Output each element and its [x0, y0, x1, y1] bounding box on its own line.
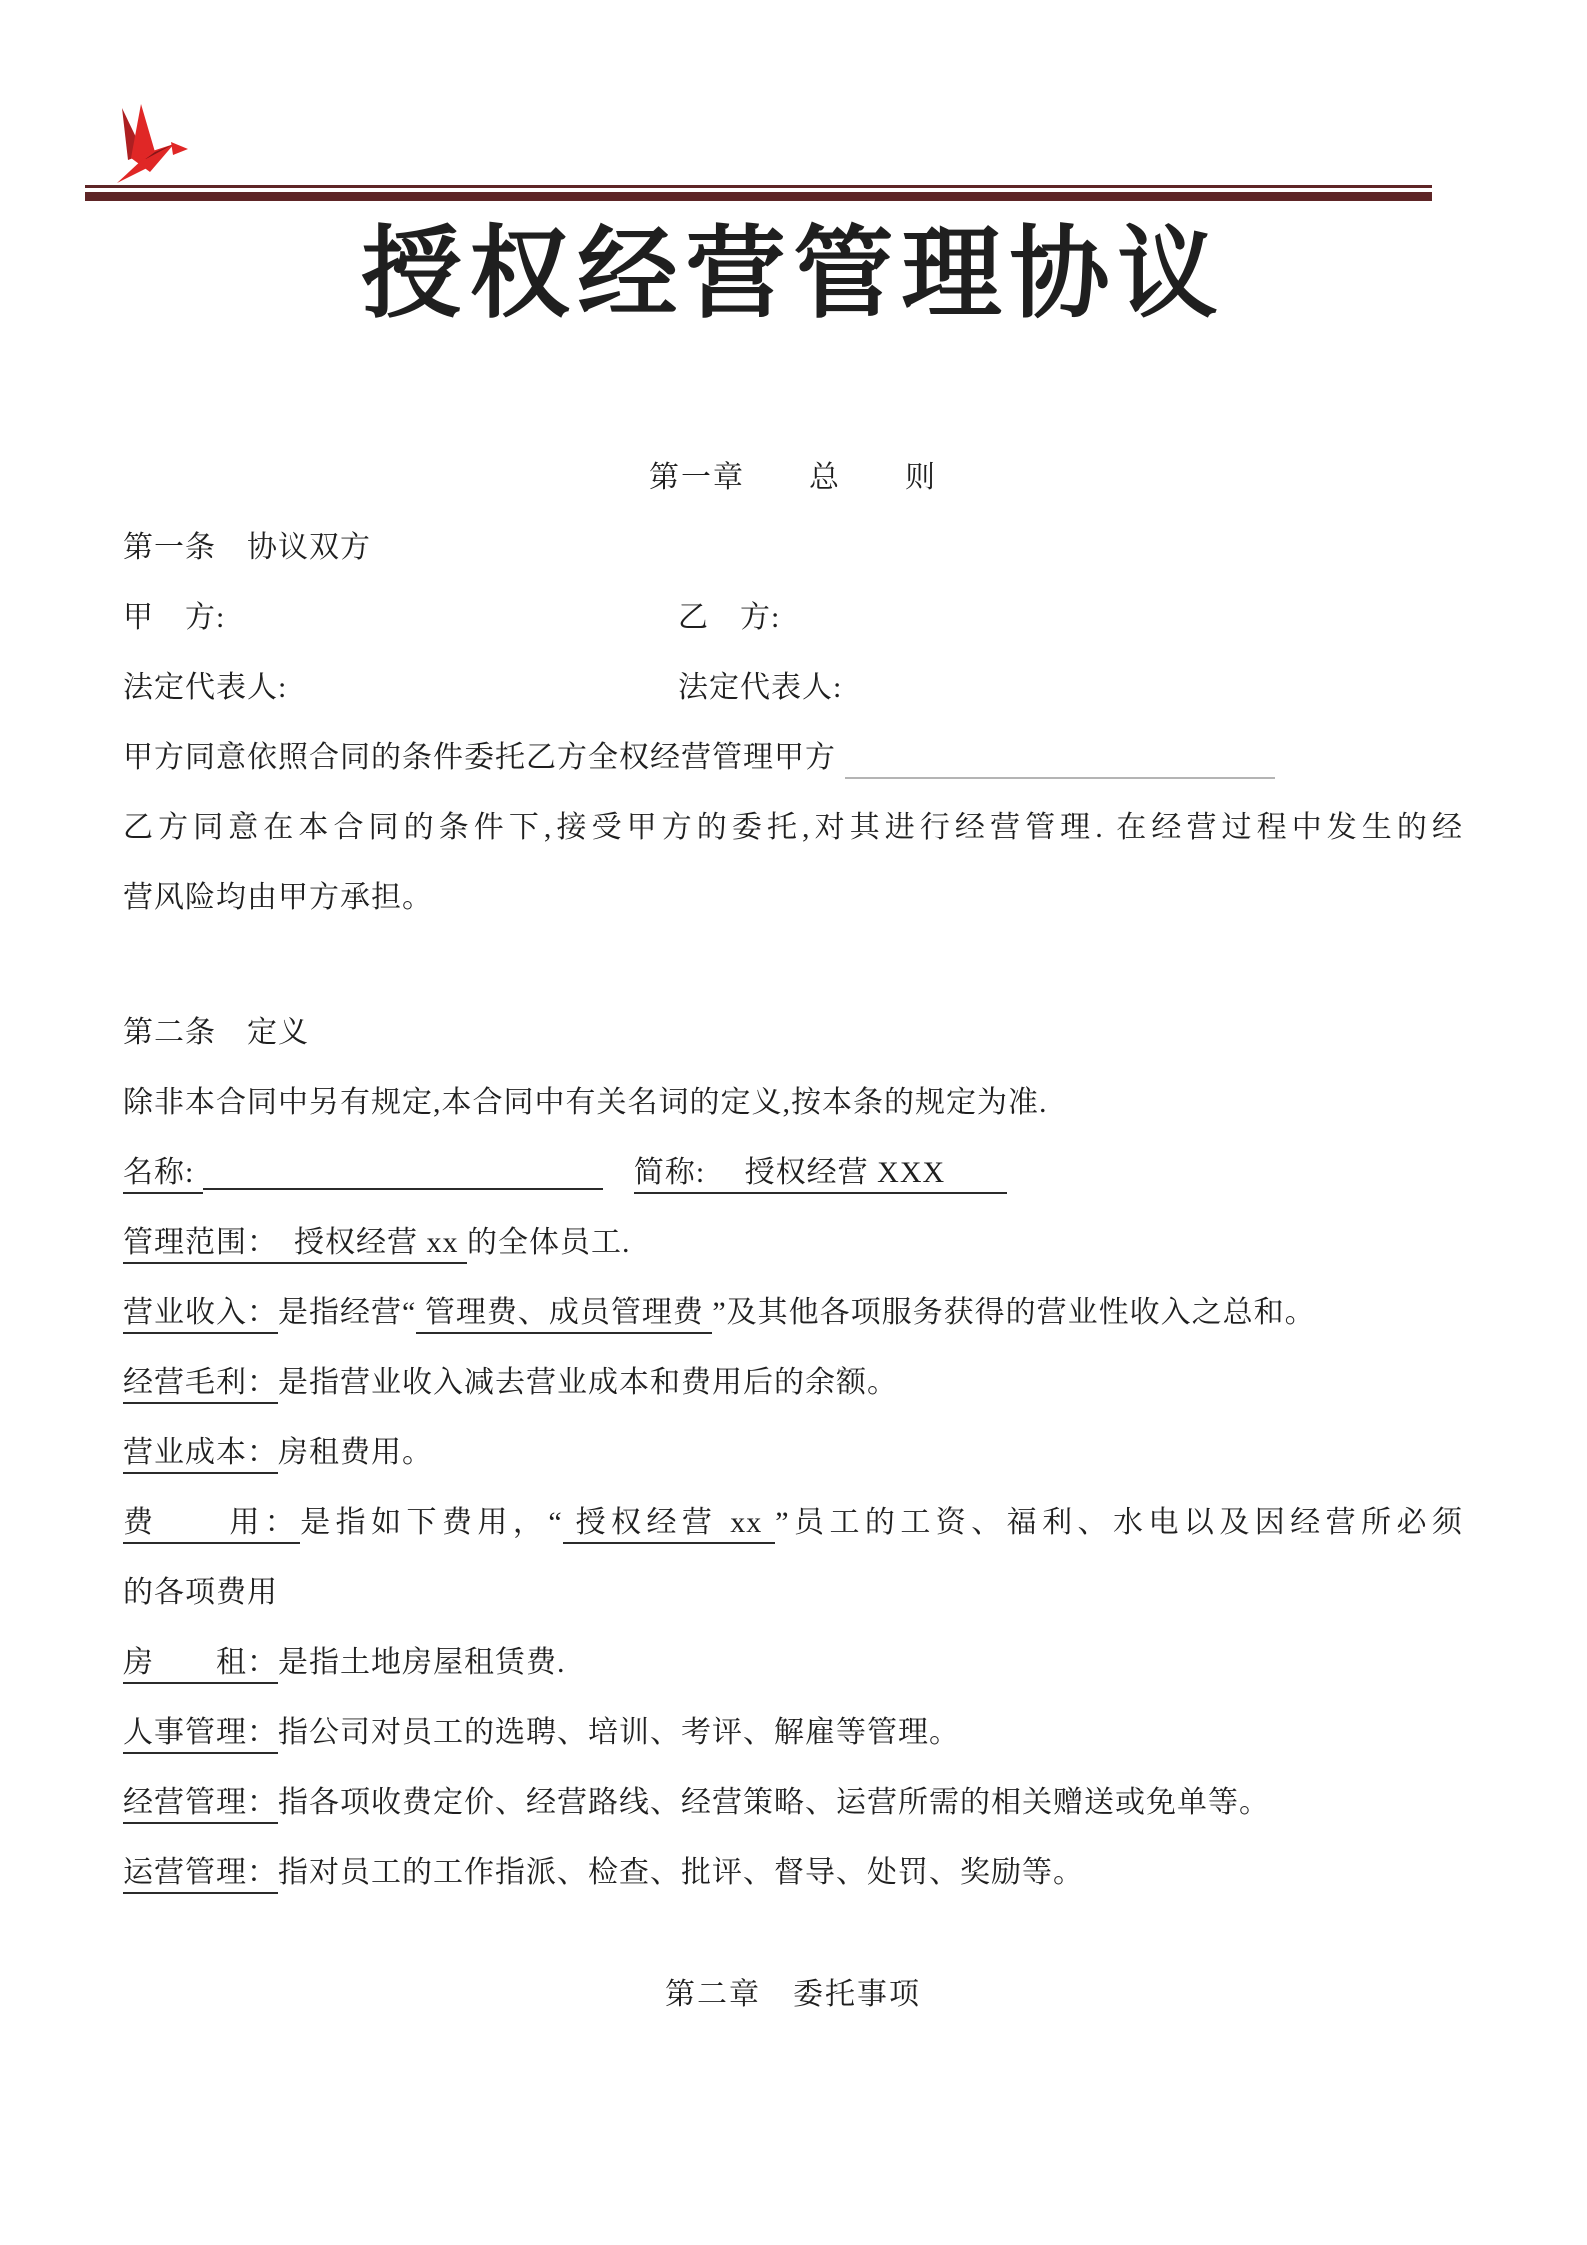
- document-title: 授权经营管理协议: [0, 218, 1587, 332]
- chapter-heading: 第一章 总 则: [123, 443, 1463, 513]
- text-run: ”及其他各项服务获得的营业性收入之总和。: [712, 1296, 1315, 1329]
- document-body: 第一章 总 则第一条 协议双方甲 方:乙 方:法定代表人:法定代表人:甲方同意依…: [123, 443, 1463, 2030]
- underlined-text: 管理费、成员管理费: [416, 1296, 712, 1334]
- underlined-text: 授权经营 XXX: [714, 1156, 1008, 1194]
- text-run: 的全体员工.: [467, 1226, 631, 1259]
- underlined-text: 运营管理：: [123, 1856, 278, 1894]
- document-page: 授权经营管理协议 第一章 总 则第一条 协议双方甲 方:乙 方:法定代表人:法定…: [0, 0, 1587, 2245]
- header-rule-thick-bar: [85, 192, 1432, 201]
- text-run: ”员工的工资、福利、水电以及因经营所必须: [775, 1506, 1463, 1539]
- underlined-text: 经营毛利：: [123, 1366, 278, 1404]
- paragraph-line: 的各项费用: [123, 1558, 1463, 1628]
- paragraph-line: 经营管理：指各项收费定价、经营路线、经营策略、运营所需的相关赠送或免单等。: [123, 1768, 1463, 1838]
- text-run: 甲方同意依照合同的条件委托乙方全权经营管理甲方: [123, 741, 845, 774]
- underlined-text: 经营管理：: [123, 1786, 278, 1824]
- underlined-text: 简称:: [634, 1156, 714, 1194]
- header-rule: [85, 185, 1432, 201]
- paragraph-line: 经营毛利：是指营业收入减去营业成本和费用后的余额。: [123, 1348, 1463, 1418]
- paragraph-line: 第一条 协议双方: [123, 513, 1463, 583]
- text-run: [603, 1156, 634, 1189]
- blank-field: [203, 1158, 603, 1190]
- blank-field: [845, 747, 1275, 779]
- right-column-label: 乙 方:: [678, 601, 780, 634]
- underlined-text: 人事管理：: [123, 1716, 278, 1754]
- paragraph-line: 乙方同意在本合同的条件下,接受甲方的委托,对其进行经营管理. 在经营过程中发生的…: [123, 793, 1463, 863]
- paragraph-line: 房 租：是指土地房屋租赁费.: [123, 1628, 1463, 1698]
- paragraph-line: 管理范围： 授权经营 xx 的全体员工.: [123, 1208, 1463, 1278]
- paragraph-line: 费 用：是指如下费用，“ 授权经营 xx ”员工的工资、福利、水电以及因经营所必…: [123, 1488, 1463, 1558]
- paragraph-line: 人事管理：指公司对员工的选聘、培训、考评、解雇等管理。: [123, 1698, 1463, 1768]
- paragraph-line: 第二条 定义: [123, 998, 1463, 1068]
- underlined-text: 管理范围：: [123, 1226, 263, 1264]
- text-run: 是指如下费用，“: [300, 1506, 562, 1539]
- paragraph-line: 运营管理：指对员工的工作指派、检查、批评、督导、处罚、奖励等。: [123, 1838, 1463, 1908]
- text-run: 房租费用。: [278, 1436, 433, 1469]
- underlined-text: 名称:: [123, 1156, 203, 1194]
- text-run: 是指土地房屋租赁费.: [278, 1646, 566, 1679]
- right-column-label: 法定代表人:: [678, 671, 842, 704]
- paragraph-line: 除非本合同中另有规定,本合同中有关名词的定义,按本条的规定为准.: [123, 1068, 1463, 1138]
- spacer: [123, 933, 1463, 998]
- underlined-text: 授权经营 xx: [263, 1226, 467, 1264]
- origami-bird-icon: [114, 102, 192, 188]
- paragraph-line: 营风险均由甲方承担。: [123, 863, 1463, 933]
- two-column-line: 法定代表人:法定代表人:: [123, 653, 1463, 723]
- paragraph-line: 营业收入：是指经营“ 管理费、成员管理费 ”及其他各项服务获得的营业性收入之总和…: [123, 1278, 1463, 1348]
- chapter-heading: 第二章 委托事项: [123, 1960, 1463, 2030]
- text-run: 指公司对员工的选聘、培训、考评、解雇等管理。: [278, 1716, 960, 1749]
- underlined-text: 房 租：: [123, 1646, 278, 1684]
- text-run: 是指经营“: [278, 1296, 416, 1329]
- left-column-label: 法定代表人:: [123, 653, 678, 723]
- two-column-line: 甲 方:乙 方:: [123, 583, 1463, 653]
- underlined-text: 授权经营 xx: [563, 1506, 776, 1544]
- text-run: 指对员工的工作指派、检查、批评、督导、处罚、奖励等。: [278, 1856, 1084, 1889]
- paragraph-line: 名称: 简称: 授权经营 XXX: [123, 1138, 1463, 1208]
- paragraph-line: 营业成本：房租费用。: [123, 1418, 1463, 1488]
- text-run: 是指营业收入减去营业成本和费用后的余额。: [278, 1366, 898, 1399]
- underlined-text: 营业成本：: [123, 1436, 278, 1474]
- paragraph-line: 甲方同意依照合同的条件委托乙方全权经营管理甲方: [123, 723, 1463, 793]
- underlined-text: 营业收入：: [123, 1296, 278, 1334]
- left-column-label: 甲 方:: [123, 583, 678, 653]
- underlined-text: 费 用：: [123, 1506, 300, 1544]
- text-run: 指各项收费定价、经营路线、经营策略、运营所需的相关赠送或免单等。: [278, 1786, 1270, 1819]
- spacer: [123, 1908, 1463, 1960]
